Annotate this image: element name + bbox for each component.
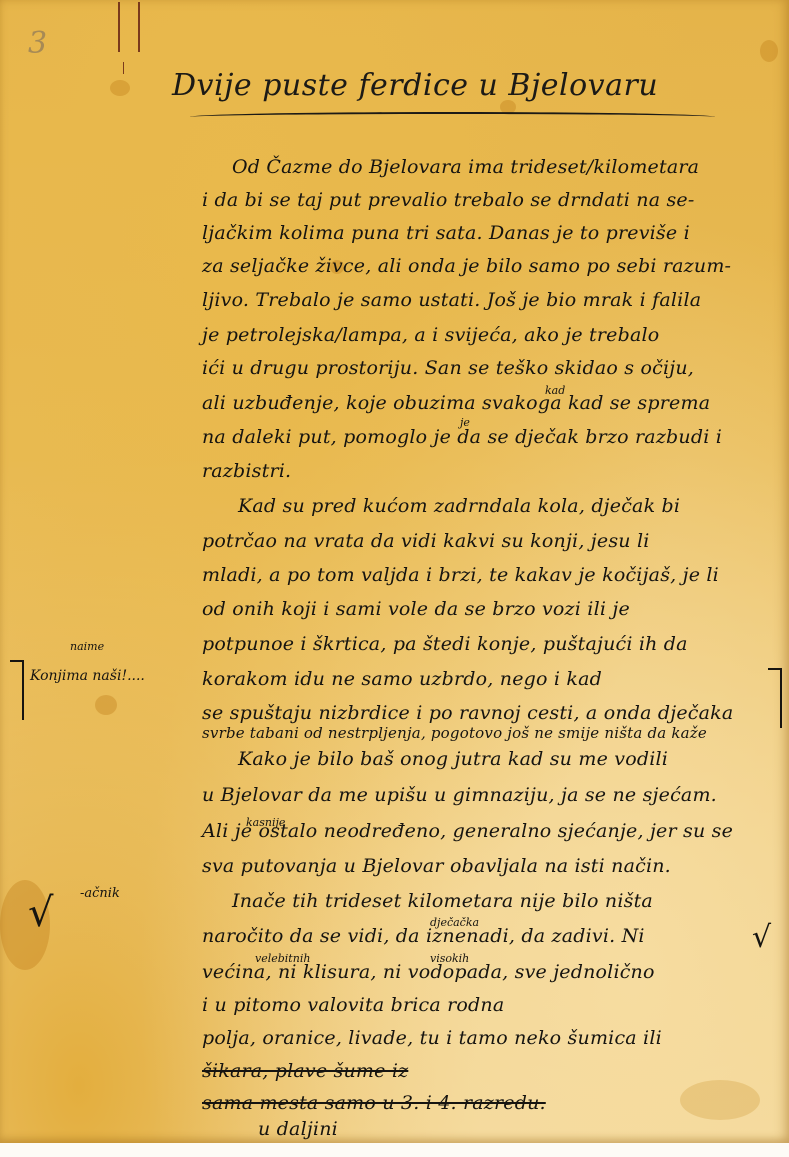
page-number: 3: [28, 26, 47, 61]
manuscript-line: naročito da se vidi, da iznenadi, da zad…: [202, 925, 645, 947]
manuscript-line: potrčao na vrata da vidi kakvi su konji,…: [202, 530, 650, 552]
manuscript-line: ali uzbuđenje, koje obuzima svakoga kad …: [202, 392, 710, 414]
manuscript-line: i u pitomo valovita brica rodna: [202, 994, 504, 1016]
paper-stain: [110, 80, 130, 96]
checkmark-icon: √: [752, 920, 771, 955]
manuscript-line: razbistri.: [202, 460, 291, 482]
manuscript-line: šikara, plave šume iz: [202, 1060, 408, 1082]
paper-stain: [760, 40, 778, 62]
paper-stain: [680, 1080, 760, 1120]
left-margin-bracket: [10, 660, 24, 720]
manuscript-line: od onih koji i sami vole da se brzo vozi…: [202, 598, 630, 620]
interlinear-insert: kasnije: [246, 816, 285, 829]
manuscript-line: polja, oranice, livade, tu i tamo neko š…: [202, 1027, 662, 1049]
manuscript-line: Od Čazme do Bjelovara ima trideset/kilom…: [232, 156, 699, 178]
manuscript-title: Dvije puste ferdice u Bjelovaru: [172, 68, 658, 103]
manuscript-line: i da bi se taj put prevalio trebalo se d…: [202, 189, 695, 211]
checkmark-icon: √: [28, 890, 54, 936]
manuscript-line: Inače tih trideset kilometara nije bilo …: [232, 890, 653, 912]
interlinear-insert: visokih: [430, 952, 469, 965]
margin-note: naime: [70, 640, 104, 653]
binding-mark: [118, 2, 140, 52]
paper-stain: [95, 695, 117, 715]
manuscript-line: mladi, a po tom valjda i brzi, te kakav …: [202, 564, 719, 586]
manuscript-line: sama mesta samo u 3. i 4. razredu.: [202, 1092, 546, 1114]
manuscript-line: je petrolejska/lampa, a i svijeća, ako j…: [202, 324, 659, 346]
interlinear-insert: je: [460, 416, 470, 429]
manuscript-line: na daleki put, pomoglo je da se dječak b…: [202, 426, 722, 448]
manuscript-line: sva putovanja u Bjelovar obavljala na is…: [202, 855, 671, 877]
interlinear-insert: velebitnih: [255, 952, 310, 965]
manuscript-line: svrbe tabani od nestrpljenja, pogotovo j…: [202, 724, 707, 742]
manuscript-line: za seljačke živce, ali onda je bilo samo…: [202, 255, 731, 277]
binding-tick: [123, 62, 124, 74]
title-underline: [190, 112, 715, 122]
manuscript-line: Kad su pred kućom zadrndala kola, dječak…: [238, 495, 680, 517]
manuscript-line: ići u drugu prostoriju. San se teško ski…: [202, 357, 694, 379]
manuscript-line: u Bjelovar da me upišu u gimnaziju, ja s…: [202, 784, 717, 806]
manuscript-line: se spuštaju nizbrdice i po ravnoj cesti,…: [202, 702, 733, 724]
right-margin-bracket: [768, 668, 782, 728]
manuscript-line: ljačkim kolima puna tri sata. Danas je t…: [202, 222, 690, 244]
margin-note: Konjima naši!....: [30, 668, 145, 684]
manuscript-line: potpunoe i škrtica, pa štedi konje, pušt…: [202, 633, 688, 655]
manuscript-line: ljivo. Trebalo je samo ustati. Još je bi…: [202, 289, 701, 311]
manuscript-line: u daljini: [258, 1118, 338, 1140]
manuscript-line: korakom idu ne samo uzbrdo, nego i kad: [202, 668, 602, 690]
manuscript-line: Kako je bilo baš onog jutra kad su me vo…: [238, 748, 668, 770]
interlinear-insert: dječačka: [430, 916, 479, 929]
margin-note: -ačnik: [80, 886, 120, 901]
interlinear-insert: kad: [545, 384, 565, 397]
manuscript-page: 3 Dvije puste ferdice u Bjelovaru √ √ Od…: [0, 0, 789, 1143]
